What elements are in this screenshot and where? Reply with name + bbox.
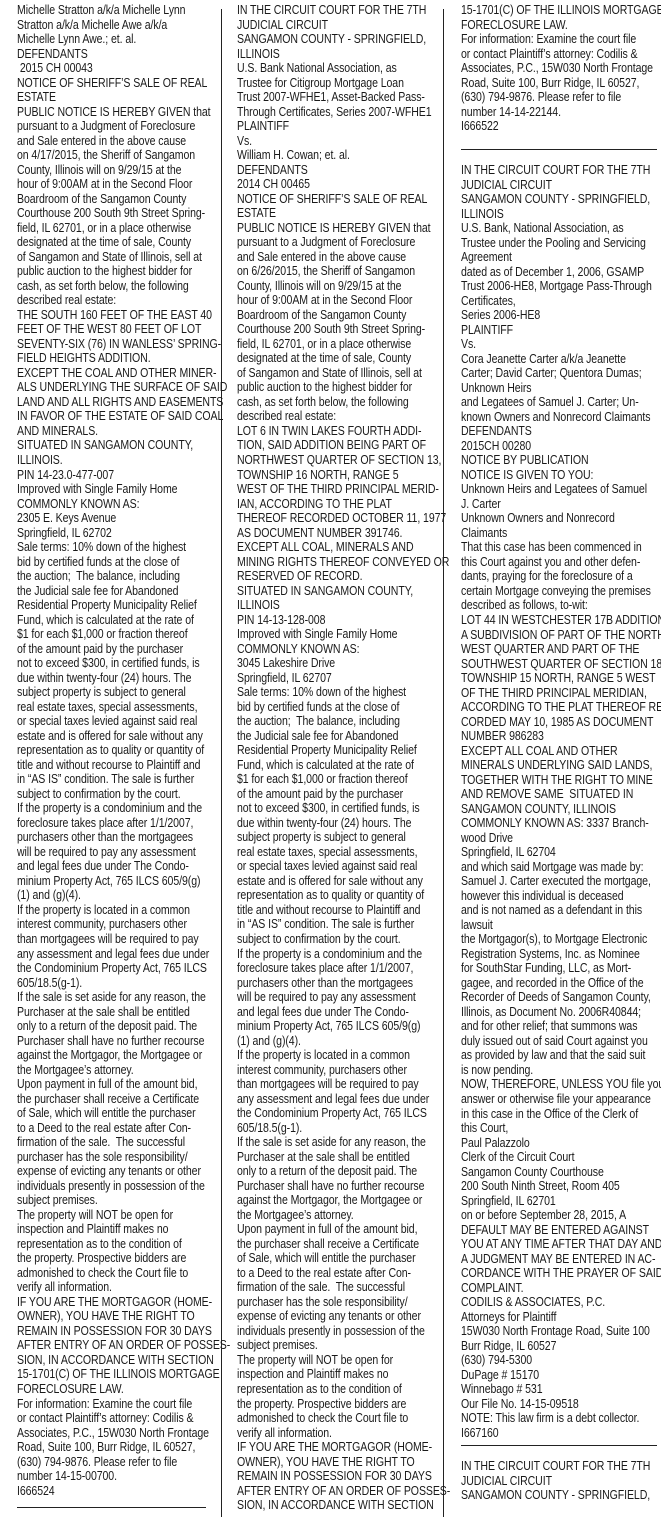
text-line: minium Property Act, 765 ILCS 605/9(g) (237, 1019, 450, 1034)
text-line: on 6/26/2015, the Sheriff of Sangamon (237, 264, 450, 279)
text-line: lawsuit (461, 918, 661, 933)
text-line: purchaser has the sole responsibility/ (17, 1150, 230, 1165)
column-left: Michelle Stratton a/k/a Michelle LynnStr… (17, 0, 213, 1521)
text-line: hour of 9:00AM at in the Second Floor (17, 177, 230, 192)
text-line: field, IL 62701, or in a place otherwise (17, 221, 230, 236)
text-line: THE SOUTH 160 FEET OF THE EAST 40 (17, 308, 230, 323)
text-line: cash, as set forth below, the following (17, 279, 230, 294)
text-line: gagee, and recorded in the Office of the (461, 976, 661, 991)
text-line: the auction; The balance, including (237, 714, 450, 729)
text-line: If the property is located in a common (237, 1048, 450, 1063)
text-line: The property will NOT be open for (17, 1208, 230, 1223)
text-line: ESTATE (237, 206, 450, 221)
text-line: against the Mortgagor, the Mortgagee or (17, 1048, 230, 1063)
text-line: answer or otherwise file your appearance (461, 1092, 661, 1107)
text-line: Michelle Stratton a/k/a Michelle Lynn (17, 3, 230, 18)
text-line: NOTE: This law firm is a debt collector. (461, 1411, 661, 1426)
text-line: the Condominium Property Act, 765 ILCS (237, 1106, 450, 1121)
text-line: Fund, which is calculated at the rate of (237, 758, 450, 773)
text-line: of the amount paid by the purchaser (237, 787, 450, 802)
text-line: Michelle Lynn Awe.; et. al. (17, 32, 230, 47)
text-line: DEFENDANTS (237, 163, 450, 178)
text-line: (1) and (g)(4). (237, 1034, 450, 1049)
text-line: Illinois, as Document No. 2006R40844; (461, 1005, 661, 1020)
text-line: I667160 (461, 1426, 661, 1441)
text-line: SITUATED IN SANGAMON COUNTY, (17, 438, 230, 453)
text-line: SION, IN ACCORDANCE WITH SECTION (237, 1498, 450, 1513)
text-line: JUDICIAL CIRCUIT (461, 1474, 650, 1489)
text-line: FEET OF THE WEST 80 FEET OF LOT (17, 322, 230, 337)
text-line: than mortgagees will be required to pay (17, 932, 230, 947)
text-line: Burr Ridge, IL 60527 (461, 1339, 661, 1354)
text-line: designated at the time of sale, County (237, 351, 450, 366)
text-line: pursuant to a Judgment of Foreclosure (237, 235, 450, 250)
text-line: and for other relief; that summons was (461, 1019, 661, 1034)
text-line: this Court, (461, 1121, 661, 1136)
text-line: Registration Systems, Inc. as Nominee (461, 947, 661, 962)
text-line: and is not named as a defendant in this (461, 903, 661, 918)
text-line: YOU AT ANY TIME AFTER THAT DAY AND (461, 1237, 661, 1252)
text-line: or special taxes levied against said rea… (17, 714, 230, 729)
text-line: NORTHWEST QUARTER OF SECTION 13, (237, 453, 450, 468)
text-line: Claimants (461, 526, 661, 541)
text-line: this Court against you and other defen- (461, 555, 661, 570)
text-line: the Mortgagee’s attorney. (237, 1208, 450, 1223)
text-line: SANGAMON COUNTY, ILLINOIS (461, 802, 661, 817)
text-line: DEFAULT MAY BE ENTERED AGAINST (461, 1223, 661, 1238)
text-line: subject premises. (237, 1338, 450, 1353)
text-line: admonished to check the Court file to (17, 1266, 230, 1281)
text-line: subject to confirmation by the court. (237, 932, 450, 947)
text-line: 200 South Ninth Street, Room 405 (461, 1179, 661, 1194)
text-line: Samuel J. Carter executed the mortgage, (461, 874, 661, 889)
text-line: any assessment and legal fees due under (237, 1092, 450, 1107)
text-line: If the sale is set aside for any reason,… (17, 990, 230, 1005)
text-line: TOGETHER WITH THE RIGHT TO MINE (461, 773, 661, 788)
text-line: interest community, purchasers other (17, 917, 230, 932)
text-line: subject premises. (17, 1193, 230, 1208)
text-line: firmation of the sale. The successful (17, 1135, 230, 1150)
text-line: field, IL 62701, or in a place otherwise (237, 337, 450, 352)
text-line: Winnebago # 531 (461, 1382, 661, 1397)
text-line: PIN 14-13-128-008 (237, 613, 450, 628)
text-line: ILLINOIS. (17, 453, 230, 468)
text-line: will be required to pay any assessment (17, 845, 230, 860)
text-line: NOTICE IS GIVEN TO YOU: (461, 468, 661, 483)
text-line: NOW, THEREFORE, UNLESS YOU file your (461, 1077, 661, 1092)
text-line: admonished to check the Court file to (237, 1411, 450, 1426)
text-line: number 14-15-00700. (17, 1469, 230, 1484)
text-line: 2305 E. Keys Avenue (17, 511, 230, 526)
text-line: against the Mortgagor, the Mortgagee or (237, 1193, 450, 1208)
text-line: DEFENDANTS (17, 47, 230, 62)
text-line: Springfield, IL 62707 (237, 671, 450, 686)
text-line: ILLINOIS (461, 207, 661, 222)
text-line: Vs. (237, 134, 450, 149)
column-middle: IN THE CIRCUIT COURT FOR THE 7THJUDICIAL… (237, 0, 437, 1521)
text-line: bid by certified funds at the close of (17, 555, 230, 570)
text-line: or contact Plaintiff’s attorney: Codilis… (17, 1411, 230, 1426)
text-line: Associates, P.C., 15W030 North Frontage (17, 1426, 230, 1441)
text-line: OWNER), YOU HAVE THE RIGHT TO (237, 1455, 450, 1470)
text-line: PUBLIC NOTICE IS HEREBY GIVEN that (237, 221, 450, 236)
text-line: Sale terms: 10% down of the highest (237, 685, 450, 700)
text-line: SOUTHWEST QUARTER OF SECTION 18, (461, 657, 661, 672)
text-line: and Sale entered in the above cause (17, 134, 230, 149)
text-line: the auction; The balance, including (17, 569, 230, 584)
text-line: the property. Prospective bidders are (237, 1397, 450, 1412)
text-line: hour of 9:00AM at in the Second Floor (237, 293, 450, 308)
text-line: the Mortgagor(s), to Mortgage Electronic (461, 932, 661, 947)
text-line: Upon payment in full of the amount bid, (17, 1077, 230, 1092)
text-line: J. Carter (461, 497, 661, 512)
text-line: and Legatees of Samuel J. Carter; Un- (461, 395, 661, 410)
text-line: 2014 CH 00465 (237, 177, 450, 192)
notice-separator-rule (461, 1445, 657, 1446)
text-line: as provided by law and that the said sui… (461, 1048, 661, 1063)
text-line: certain Mortgage conveying the premises (461, 584, 661, 599)
notice-text: IN THE CIRCUIT COURT FOR THE 7THJUDICIAL… (237, 3, 450, 1513)
text-line: Fund, which is calculated at the rate of (17, 613, 230, 628)
text-line: DEFENDANTS (461, 424, 661, 439)
text-line: I666522 (461, 119, 661, 134)
text-line: WEST QUARTER AND PART OF THE (461, 642, 661, 657)
text-line: Trust 2006-HE8, Mortgage Pass-Through (461, 279, 661, 294)
text-line: A SUBDIVISION OF PART OF THE NORTH- (461, 628, 661, 643)
text-line: public auction to the highest bidder for (17, 264, 230, 279)
text-line: IN THE CIRCUIT COURT FOR THE 7TH (461, 163, 661, 178)
text-line: due within twenty-four (24) hours. The (17, 671, 230, 686)
text-line: CODILIS & ASSOCIATES, P.C. (461, 1295, 661, 1310)
text-line: 15W030 North Frontage Road, Suite 100 (461, 1324, 661, 1339)
text-line: Sangamon County Courthouse (461, 1165, 661, 1180)
text-line: to a Deed to the real estate after Con- (17, 1121, 230, 1136)
text-line: however this individual is deceased (461, 889, 661, 904)
text-line: Springfield, IL 62701 (461, 1194, 661, 1209)
text-line: CORDANCE WITH THE PRAYER OF SAID (461, 1266, 661, 1281)
text-line: Recorder of Deeds of Sangamon County, (461, 990, 661, 1005)
text-line: ILLINOIS (237, 47, 450, 62)
text-line: Series 2006-HE8 (461, 308, 661, 323)
text-line: PUBLIC NOTICE IS HEREBY GIVEN that (17, 105, 230, 120)
column-right: 15-1701(C) OF THE ILLINOIS MORTGAGEFOREC… (461, 0, 657, 1521)
text-line: representation as to the condition of (237, 1382, 450, 1397)
text-line: only to a return of the deposit paid. Th… (237, 1164, 450, 1179)
text-line: only to a return of the deposit paid. Th… (17, 1019, 230, 1034)
text-line: Attorneys for Plaintiff (461, 1310, 661, 1325)
text-line: in “AS IS” condition. The sale is furthe… (17, 772, 230, 787)
text-line: TOWNSHIP 15 NORTH, RANGE 5 WEST (461, 671, 661, 686)
text-line: Road, Suite 100, Burr Ridge, IL 60527, (461, 76, 661, 91)
text-line: AFTER ENTRY OF AN ORDER OF POSSES- (17, 1338, 230, 1353)
text-line: (630) 794-9876. Please refer to file (17, 1455, 230, 1470)
text-line: for SouthStar Funding, LLC, as Mort- (461, 961, 661, 976)
text-line: pursuant to a Judgment of Foreclosure (17, 119, 230, 134)
text-line: REMAIN IN POSSESSION FOR 30 DAYS (17, 1324, 230, 1339)
text-line: IAN, ACCORDING TO THE PLAT (237, 497, 450, 512)
text-line: Clerk of the Circuit Court (461, 1150, 661, 1165)
text-line: U.S. Bank, National Association, as (461, 221, 661, 236)
text-line: foreclosure takes place after 1/1/2007, (17, 816, 230, 831)
text-line: 15-1701(C) OF THE ILLINOIS MORTGAGE (17, 1367, 230, 1382)
text-line: number 14-14-22144. (461, 105, 661, 120)
text-line: RESERVED OF RECORD. (237, 569, 450, 584)
text-line: For information: Examine the court file (17, 1397, 230, 1412)
text-line: 2015 CH 00043 (17, 61, 230, 76)
text-line: The property will NOT be open for (237, 1353, 450, 1368)
text-line: subject to confirmation by the court. (17, 787, 230, 802)
text-line: Trustee under the Pooling and Servicing (461, 236, 661, 251)
text-line: William H. Cowan; et. al. (237, 148, 450, 163)
text-line: Unknown Heirs and Legatees of Samuel (461, 482, 661, 497)
text-line: estate and is offered for sale without a… (17, 729, 230, 744)
text-line: inspection and Plaintiff makes no (17, 1222, 230, 1237)
text-line: and legal fees due under The Condo- (17, 859, 230, 874)
text-line: Courthouse 200 South 9th Street Spring- (237, 322, 450, 337)
text-line: JUDICIAL CIRCUIT (461, 178, 661, 193)
text-line: 3045 Lakeshire Drive (237, 656, 450, 671)
text-line: Unknown Owners and Nonrecord (461, 511, 661, 526)
text-line: (630) 794-9876. Please refer to file (461, 90, 661, 105)
text-line: firmation of the sale. The successful (237, 1280, 450, 1295)
text-line: real estate taxes, special assessments, (237, 845, 450, 860)
text-line: designated at the time of sale, County (17, 235, 230, 250)
text-line: described as follows, to-wit: (461, 598, 661, 613)
text-line: MINERALS UNDERLYING SAID LANDS, (461, 758, 661, 773)
text-line: interest community, purchasers other (237, 1063, 450, 1078)
text-line: Improved with Single Family Home (237, 627, 450, 642)
text-line: Purchaser at the sale shall be entitled (17, 1005, 230, 1020)
text-line: the Judicial sale fee for Abandoned (17, 584, 230, 599)
text-line: Trustee for Citigroup Mortgage Loan (237, 76, 450, 91)
text-line: Carter; David Carter; Quentora Dumas; (461, 366, 661, 381)
text-line: IN FAVOR OF THE ESTATE OF SAID COAL (17, 409, 230, 424)
text-line: Residential Property Municipality Relief (17, 598, 230, 613)
text-line: purchasers other than the mortgagees (237, 976, 450, 991)
text-line: Cora Jeanette Carter a/k/a Jeanette (461, 352, 661, 367)
text-line: Associates, P.C., 15W030 North Frontage (461, 61, 661, 76)
text-line: EXCEPT ALL COAL AND OTHER (461, 744, 661, 759)
text-line: JUDICIAL CIRCUIT (237, 18, 450, 33)
text-line: in “AS IS” condition. The sale is furthe… (237, 917, 450, 932)
text-line: in this case in the Office of the Clerk … (461, 1107, 661, 1122)
text-line: expense of evicting any tenants or other (237, 1309, 450, 1324)
text-line: Paul Palazzolo (461, 1136, 661, 1151)
text-line: IF YOU ARE THE MORTGAGOR (HOME- (17, 1295, 230, 1310)
text-line: not to exceed $300, in certified funds, … (17, 656, 230, 671)
text-line: described real estate: (17, 293, 230, 308)
text-line: of Sale, which will entitle the purchase… (237, 1251, 450, 1266)
text-line: Road, Suite 100, Burr Ridge, IL 60527, (17, 1440, 230, 1455)
text-line: the purchaser shall receive a Certificat… (17, 1092, 230, 1107)
text-line: of Sangamon and State of Illinois, sell … (237, 366, 450, 381)
text-line: minium Property Act, 765 ILCS 605/9(g) (17, 874, 230, 889)
text-line: Trust 2007-WFHE1, Asset-Backed Pass- (237, 90, 450, 105)
text-line: 15-1701(C) OF THE ILLINOIS MORTGAGE (461, 3, 661, 18)
text-line: any assessment and legal fees due under (17, 947, 230, 962)
text-line: Our File No. 14-15-09518 (461, 1397, 661, 1412)
text-line: (630) 794-5300 (461, 1353, 661, 1368)
text-line: If the property is a condominium and the (17, 801, 230, 816)
text-line: will be required to pay any assessment (237, 990, 450, 1005)
text-line: COMMONLY KNOWN AS: (17, 497, 230, 512)
text-line: to a Deed to the real estate after Con- (237, 1266, 450, 1281)
notice-separator-rule (17, 1507, 206, 1508)
text-line: IN THE CIRCUIT COURT FOR THE 7TH (237, 3, 450, 18)
text-line: SANGAMON COUNTY - SPRINGFIELD, (461, 192, 661, 207)
text-line: Boardroom of the Sangamon County (17, 192, 230, 207)
text-line: Agreement (461, 250, 661, 265)
text-line: of Sangamon and State of Illinois, sell … (17, 250, 230, 265)
text-line: on 4/17/2015, the Sheriff of Sangamon (17, 148, 230, 163)
text-line: MINING RIGHTS THEREOF CONVEYED OR (237, 555, 450, 570)
text-line: CORDED MAY 10, 1985 AS DOCUMENT (461, 715, 661, 730)
text-line: DuPage # 15170 (461, 1368, 661, 1383)
text-line: COMMONLY KNOWN AS: 3337 Branch- (461, 816, 661, 831)
text-line: title and without recourse to Plaintiff … (237, 903, 450, 918)
text-line: verify all information. (237, 1426, 450, 1441)
text-line: Sale terms: 10% down of the highest (17, 540, 230, 555)
text-line: 605/18.5(g-1). (237, 1121, 450, 1136)
text-line: OWNER), YOU HAVE THE RIGHT TO (17, 1309, 230, 1324)
text-line: SION, IN ACCORDANCE WITH SECTION (17, 1353, 230, 1368)
text-line: Unknown Heirs (461, 381, 661, 396)
text-line: the Condominium Property Act, 765 ILCS (17, 961, 230, 976)
text-line: SANGAMON COUNTY - SPRINGFIELD, (461, 1488, 650, 1503)
text-line: duly issued out of said Court against yo… (461, 1034, 661, 1049)
notice-text: Michelle Stratton a/k/a Michelle LynnStr… (17, 3, 230, 1498)
text-line: FIELD HEIGHTS ADDITION. (17, 351, 230, 366)
text-line: estate and is offered for sale without a… (237, 874, 450, 889)
text-line: If the property is located in a common (17, 903, 230, 918)
text-line: EXCEPT ALL COAL, MINERALS AND (237, 540, 450, 555)
text-line: (1) and (g)(4). (17, 888, 230, 903)
text-line: COMMONLY KNOWN AS: (237, 642, 450, 657)
text-line: known Owners and Nonrecord Claimants (461, 410, 661, 425)
text-line: Courthouse 200 South 9th Street Spring- (17, 206, 230, 221)
text-line: Springfield, IL 62702 (17, 526, 230, 541)
text-line: or contact Plaintiff’s attorney: Codilis… (461, 47, 661, 62)
text-line: purchaser has the sole responsibility/ (237, 1295, 450, 1310)
text-line: verify all information. (17, 1280, 230, 1295)
text-line: If the sale is set aside for any reason,… (237, 1135, 450, 1150)
text-line: individuals presently in possession of t… (237, 1324, 450, 1339)
text-line: dated as of December 1, 2006, GSAMP (461, 265, 661, 280)
text-line: FORECLOSURE LAW. (461, 18, 661, 33)
text-line: dants, praying for the foreclosure of a (461, 569, 661, 584)
text-line: ACCORDING TO THE PLAT THEREOF RE- (461, 700, 661, 715)
text-line: than mortgagees will be required to pay (237, 1077, 450, 1092)
text-line: is now pending. (461, 1063, 661, 1078)
text-line: due within twenty-four (24) hours. The (237, 816, 450, 831)
text-line: PIN 14-23.0-477-007 (17, 468, 230, 483)
text-line: Upon payment in full of the amount bid, (237, 1222, 450, 1237)
text-line: and legal fees due under The Condo- (237, 1005, 450, 1020)
text-line: That this case has been commenced in (461, 540, 661, 555)
text-line: 2015CH 00280 (461, 439, 661, 454)
text-line: IF YOU ARE THE MORTGAGOR (HOME- (237, 1440, 450, 1455)
text-line: COMPLAINT. (461, 1281, 661, 1296)
text-line: THEREOF RECORDED OCTOBER 11, 1977 (237, 511, 450, 526)
text-line: NOTICE BY PUBLICATION (461, 453, 661, 468)
text-line: of Sale, which will entitle the purchase… (17, 1106, 230, 1121)
text-line: NOTICE OF SHERIFF’S SALE OF REAL (237, 192, 450, 207)
text-line: Through Certificates, Series 2007-WFHE1 (237, 105, 450, 120)
text-line: TION, SAID ADDITION BEING PART OF (237, 438, 450, 453)
text-line: bid by certified funds at the close of (237, 700, 450, 715)
text-line: wood Drive (461, 831, 661, 846)
text-line: Vs. (461, 337, 661, 352)
text-line: subject property is subject to general (237, 830, 450, 845)
text-line: purchasers other than the mortgagees (17, 830, 230, 845)
notice-separator-rule (461, 149, 657, 150)
legal-notices-page: Michelle Stratton a/k/a Michelle LynnStr… (0, 0, 661, 1521)
text-line: and which said Mortgage was made by: (461, 860, 661, 875)
text-line: AFTER ENTRY OF AN ORDER OF POSSES- (237, 1484, 450, 1499)
text-line: U.S. Bank National Association, as (237, 61, 450, 76)
text-line: LOT 44 IN WESTCHESTER 17B ADDITION, (461, 613, 661, 628)
text-line: Certificates, (461, 294, 661, 309)
text-line: ESTATE (17, 90, 230, 105)
text-line: Improved with Single Family Home (17, 482, 230, 497)
text-line: Stratton a/k/a Michelle Awe a/k/a (17, 18, 230, 33)
text-line: the property. Prospective bidders are (17, 1251, 230, 1266)
text-line: LAND AND ALL RIGHTS AND EASEMENTS (17, 395, 230, 410)
text-line: Purchaser shall have no further recourse (17, 1034, 230, 1049)
text-line: AND MINERALS. (17, 424, 230, 439)
text-line: Purchaser shall have no further recourse (237, 1179, 450, 1194)
text-line: A JUDGMENT MAY BE ENTERED IN AC- (461, 1252, 661, 1267)
text-line: Residential Property Municipality Relief (237, 743, 450, 758)
text-line: PLAINTIFF (237, 119, 450, 134)
notice-text: IN THE CIRCUIT COURT FOR THE 7THJUDICIAL… (461, 163, 661, 1440)
text-line: ALS UNDERLYING THE SURFACE OF SAID (17, 380, 230, 395)
text-line: WEST OF THE THIRD PRINCIPAL MERID- (237, 482, 450, 497)
notice-text: IN THE CIRCUIT COURT FOR THE 7THJUDICIAL… (461, 1459, 650, 1503)
text-line: on or before September 28, 2015, A (461, 1208, 661, 1223)
text-line: PLAINTIFF (461, 323, 661, 338)
text-line: AND REMOVE SAME SITUATED IN (461, 787, 661, 802)
text-line: EXCEPT THE COAL AND OTHER MINER- (17, 366, 230, 381)
text-line: representation as to quality or quantity… (17, 743, 230, 758)
text-line: and Sale entered in the above cause (237, 250, 450, 265)
text-line: For information: Examine the court file (461, 32, 661, 47)
text-line: I666524 (17, 1484, 230, 1499)
text-line: the purchaser shall receive a Certificat… (237, 1237, 450, 1252)
text-line: 605/18.5(g-1). (17, 976, 230, 991)
text-line: SEVENTY-SIX (76) IN WANLESS’ SPRING- (17, 337, 230, 352)
text-line: subject property is subject to general (17, 685, 230, 700)
text-line: title and without recourse to Plaintiff … (17, 758, 230, 773)
text-line: OF THE THIRD PRINCIPAL MERIDIAN, (461, 686, 661, 701)
text-line: foreclosure takes place after 1/1/2007, (237, 961, 450, 976)
text-line: NOTICE OF SHERIFF’S SALE OF REAL (17, 76, 230, 91)
text-line: Boardroom of the Sangamon County (237, 308, 450, 323)
text-line: not to exceed $300, in certified funds, … (237, 801, 450, 816)
text-line: FORECLOSURE LAW. (17, 1382, 230, 1397)
text-line: County, Illinois will on 9/29/15 at the (237, 279, 450, 294)
text-line: the Mortgagee’s attorney. (17, 1063, 230, 1078)
text-line: LOT 6 IN TWIN LAKES FOURTH ADDI- (237, 424, 450, 439)
text-line: individuals presently in possession of t… (17, 1179, 230, 1194)
text-line: NUMBER 986283 (461, 729, 661, 744)
text-line: REMAIN IN POSSESSION FOR 30 DAYS (237, 1469, 450, 1484)
text-line: inspection and Plaintiff makes no (237, 1367, 450, 1382)
text-line: ILLINOIS (237, 598, 450, 613)
text-line: $1 for each $1,000 or fraction thereof (237, 772, 450, 787)
text-line: of the amount paid by the purchaser (17, 642, 230, 657)
text-line: representation as to quality or quantity… (237, 888, 450, 903)
